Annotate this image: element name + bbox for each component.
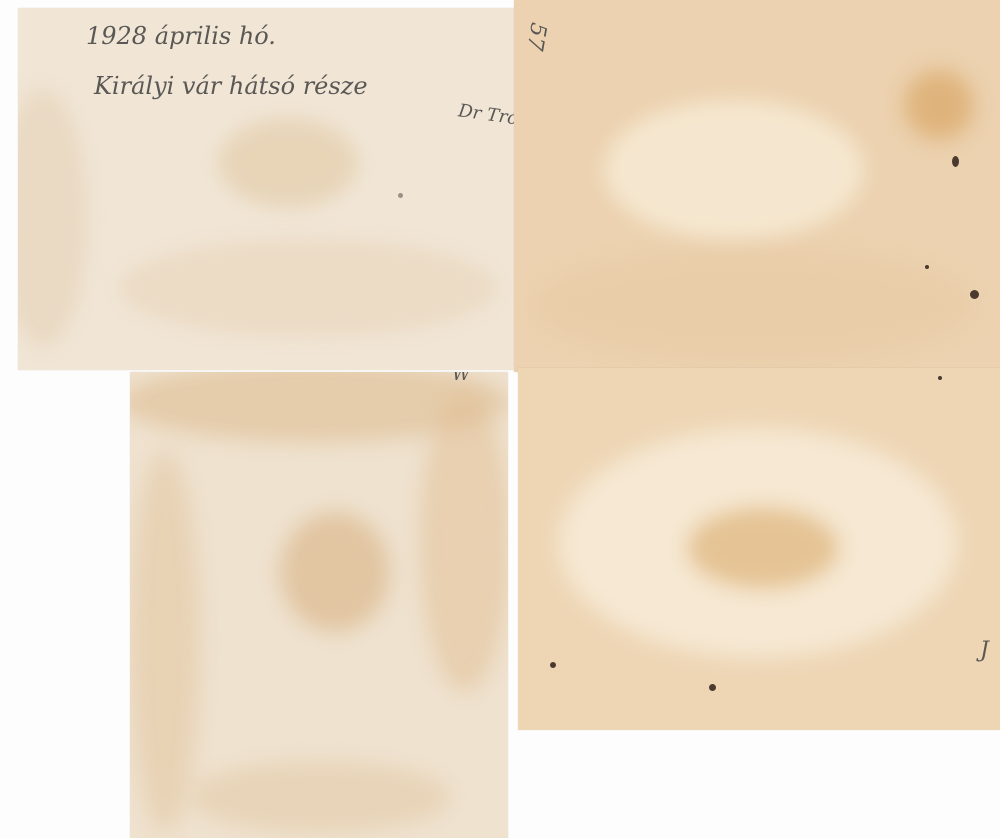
water-stain [420,392,508,692]
inscription-date: 1928 április hó. [86,22,276,50]
water-stain [18,88,88,348]
foxing-spot [952,156,959,167]
water-stain [604,100,864,240]
water-stain [904,70,974,140]
water-stain [280,512,390,632]
foxing-spot [550,662,556,668]
water-stain [688,508,838,588]
foxing-spot [970,290,979,299]
photo-back-top-right: 57 [514,0,1000,372]
photo-back-top-left: 1928 április hó. Királyi vár hátsó része… [18,8,525,370]
pencil-mark: W [452,372,471,385]
water-stain [534,250,974,360]
photo-back-bottom-right: J [518,368,1000,730]
pencil-mark: J [980,638,989,663]
foxing-spot [938,376,942,380]
water-stain [218,118,358,208]
foxing-spot [925,265,929,269]
water-stain [190,762,450,832]
foxing-spot [709,684,716,691]
foxing-spot [398,193,403,198]
water-stain [130,452,200,832]
inscription-caption: Királyi vár hátsó része [94,72,368,100]
photo-back-bottom-left: W [130,372,508,838]
water-stain [118,238,498,338]
pencil-number: 57 [521,21,550,53]
